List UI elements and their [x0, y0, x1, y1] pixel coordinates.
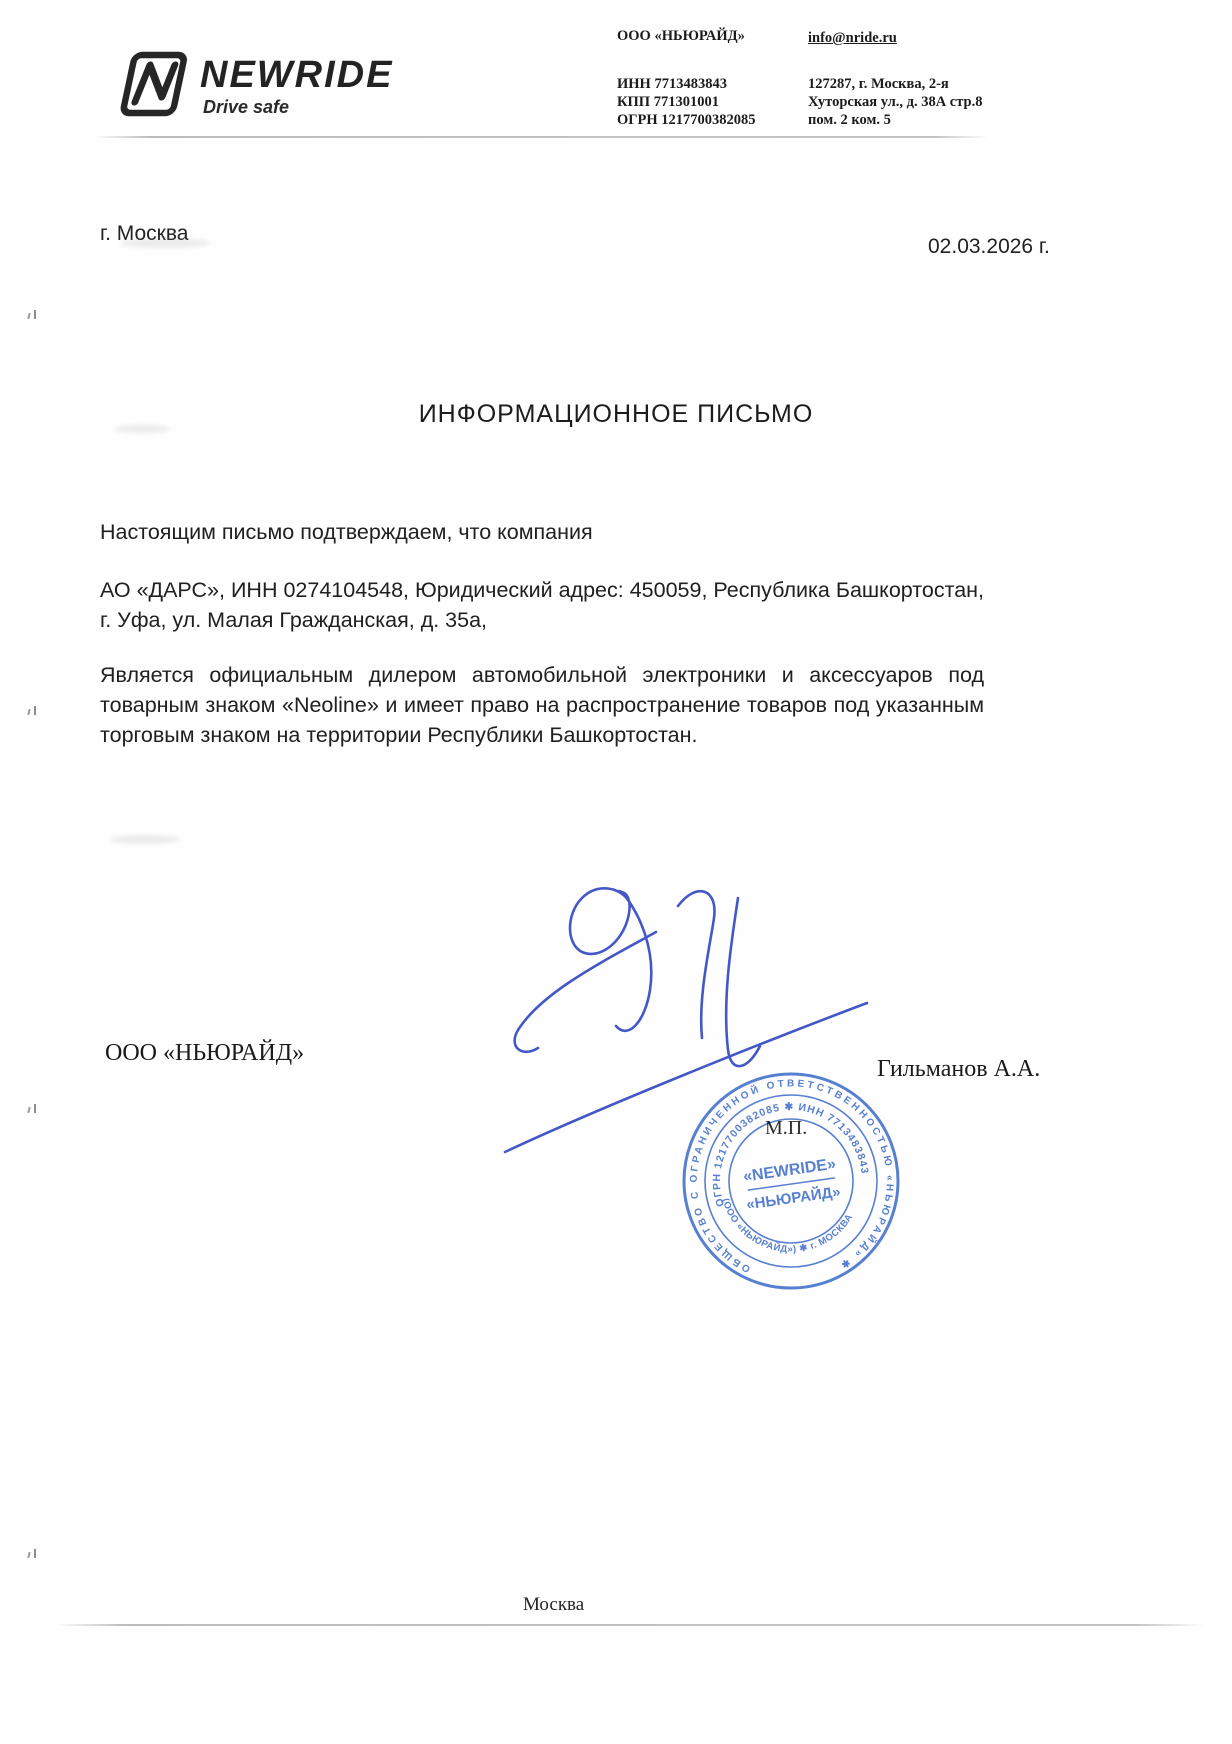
- header-ogrn: ОГРН 1217700382085: [617, 112, 756, 129]
- header-inn: ИНН 7713483843: [617, 76, 727, 93]
- scan-smudge: [115, 425, 170, 433]
- paragraph-authorization: Является официальным дилером автомобильн…: [100, 660, 984, 750]
- brand-tagline: Drive safe: [203, 97, 289, 118]
- header-company-name: ООО «НЬЮРАЙД»: [617, 28, 745, 45]
- scan-artifact: [28, 310, 36, 320]
- company-stamp: ОБЩЕСТВО С ОГРАНИЧЕННОЙ ОТВЕТСТВЕННОСТЬЮ…: [671, 1061, 911, 1301]
- footer-city: Москва: [523, 1594, 584, 1616]
- newride-logo-icon: [112, 50, 198, 122]
- scan-artifact: [28, 1549, 36, 1559]
- paragraph-dealer-details: АО «ДАРС», ИНН 0274104548, Юридический а…: [100, 575, 984, 635]
- header-address-line3: пом. 2 ком. 5: [808, 112, 891, 129]
- brand-wordmark: NEWRIDE: [200, 54, 393, 97]
- letter-date: 02.03.2026 г.: [928, 235, 1050, 259]
- paragraph-intro: Настоящим письмо подтверждаем, что компа…: [100, 517, 984, 547]
- stamp-center-company: «НЬЮРАЙД»: [745, 1182, 841, 1213]
- scan-artifact: [28, 1104, 36, 1114]
- scan-smudge: [120, 238, 210, 248]
- stamp-center-brand: «NEWRIDE»: [742, 1156, 837, 1186]
- letter-title: ИНФОРМАЦИОННОЕ ПИСЬМО: [0, 400, 1232, 429]
- scan-smudge: [110, 835, 180, 844]
- header-divider: [95, 136, 988, 138]
- signature-company-name: ООО «НЬЮРАЙД»: [105, 1040, 304, 1067]
- scan-artifact: [28, 706, 36, 716]
- header-address-line1: 127287, г. Москва, 2-я: [808, 76, 949, 93]
- footer-divider: [55, 1624, 1205, 1626]
- header-address-line2: Хуторская ул., д. 38А стр.8: [808, 94, 982, 111]
- header-email: info@nride.ru: [808, 30, 897, 47]
- scanned-letter-page: NEWRIDE Drive safe ООО «НЬЮРАЙД» ИНН 771…: [0, 0, 1232, 1744]
- header-kpp: КПП 771301001: [617, 94, 719, 111]
